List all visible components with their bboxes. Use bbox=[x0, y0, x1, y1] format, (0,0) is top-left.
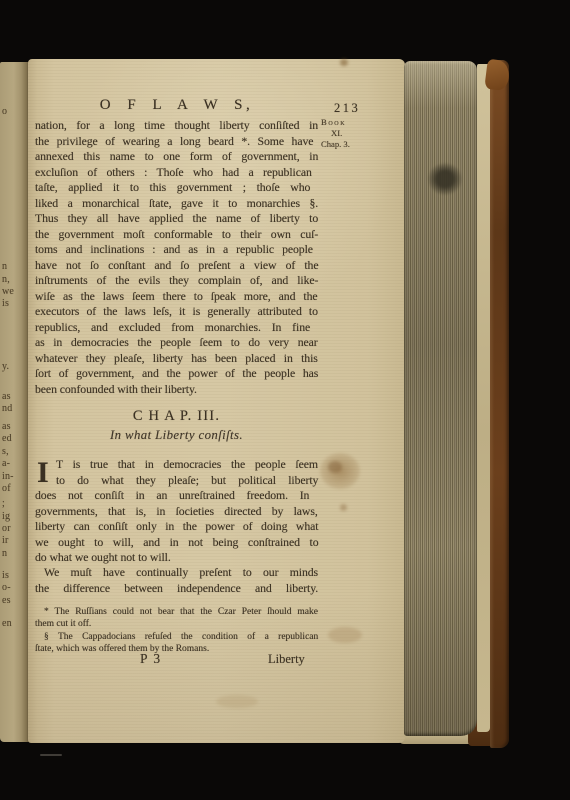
facing-page-text-fragment: a- bbox=[2, 459, 10, 469]
facing-page-sliver: onn,weisy.asndaseds,a-in-of;igorirniso-e… bbox=[0, 62, 30, 742]
margin-note: Book XI. Chap. 3. bbox=[321, 117, 371, 150]
facing-page-text-fragment: o- bbox=[2, 583, 11, 593]
facing-page-text-fragment: y. bbox=[2, 362, 9, 372]
facing-page-text-fragment: in- bbox=[2, 472, 14, 482]
margin-note-book: Book bbox=[321, 117, 371, 128]
footer-line: P 3 Liberty bbox=[35, 651, 318, 667]
facing-page-text-fragment: of bbox=[2, 484, 11, 494]
margin-note-chapter: Chap. 3. bbox=[321, 139, 371, 150]
page-stain bbox=[340, 59, 348, 66]
catchword: Liberty bbox=[268, 652, 305, 667]
photo-scratch bbox=[40, 754, 62, 756]
running-title: O F L A W S, bbox=[35, 97, 318, 114]
text-line: governments, that is, in ſocieties direc… bbox=[35, 504, 318, 520]
chapter-subtitle: In what Liberty conſiſts. bbox=[35, 428, 318, 443]
text-line: nation, for a long time thought liberty … bbox=[35, 118, 318, 134]
book-page: O F L A W S, 213 Book XI. Chap. 3. natio… bbox=[28, 59, 405, 743]
facing-page-text-fragment: en bbox=[2, 619, 12, 629]
text-line: been confounded with their liberty. bbox=[35, 382, 318, 398]
page-number: 213 bbox=[334, 101, 360, 116]
drop-cap: I bbox=[37, 459, 49, 486]
facing-page-text-fragment: n, bbox=[2, 275, 10, 285]
text-line: excluſion of others : Thoſe who had a re… bbox=[35, 165, 318, 181]
facing-page-text-fragment: nd bbox=[2, 404, 12, 414]
text-line: ſort of government, and the power of the… bbox=[35, 366, 318, 382]
chapter-heading: C H A P. III. bbox=[35, 408, 318, 425]
text-line: * The Ruſſians could not bear that the C… bbox=[44, 606, 318, 618]
facing-page-text-fragments: onn,weisy.asndaseds,a-in-of;igorirniso-e… bbox=[0, 62, 30, 742]
text-line: the difference between independence and … bbox=[35, 581, 318, 597]
paragraph: We muſt have continually preſent to our … bbox=[35, 565, 318, 596]
facing-page-text-fragment: or bbox=[2, 524, 11, 534]
text-line: does not conſiſt in an unreſtrained free… bbox=[35, 488, 318, 504]
text-line: wiſe as the laws ſeem there to ſpeak mor… bbox=[35, 289, 318, 305]
page-stain bbox=[216, 695, 258, 708]
text-line: Thus they all have applied the name of l… bbox=[35, 211, 318, 227]
text-line: liberty can conſiſt only in the power of… bbox=[35, 519, 318, 535]
footnotes: * The Ruſſians could not bear that the C… bbox=[35, 606, 318, 656]
facing-page-text-fragment: as bbox=[2, 422, 11, 432]
facing-page-text-fragment: is bbox=[2, 299, 9, 309]
text-line: toms and inclinations : and as in a repu… bbox=[35, 242, 318, 258]
text-line: whatever they pleaſe, liberty has been p… bbox=[35, 351, 318, 367]
text-line: annexed this name to one form of governm… bbox=[35, 149, 318, 165]
paragraph: I T is true that in democracies the peop… bbox=[35, 457, 318, 566]
facing-page-text-fragment: o bbox=[2, 107, 7, 117]
text-line: do what we ought not to will. bbox=[35, 550, 318, 566]
page-stain bbox=[328, 461, 342, 473]
text-line: as in democracies the people ſeem to do … bbox=[35, 335, 318, 351]
margin-note-volume: XI. bbox=[321, 128, 371, 139]
text-line: to do what they pleaſe; but political li… bbox=[56, 473, 318, 489]
facing-page-text-fragment: as bbox=[2, 392, 11, 402]
text-line: republics, and excluded from monarchies.… bbox=[35, 320, 318, 336]
facing-page-text-fragment: n bbox=[2, 262, 7, 272]
facing-page-text-fragment: s, bbox=[2, 447, 9, 457]
facing-page-text-fragment: ig bbox=[2, 512, 10, 522]
paragraph: nation, for a long time thought liberty … bbox=[35, 118, 318, 397]
facing-page-text-fragment: ; bbox=[2, 499, 5, 509]
photo-background: onn,weisy.asndaseds,a-in-of;igorirniso-e… bbox=[0, 0, 570, 800]
text-line: taſte, applied it to this government ; t… bbox=[35, 180, 318, 196]
text-line: We muſt have continually preſent to our … bbox=[44, 565, 318, 581]
text-line: have not ſo conſtant and ſo preſent a vi… bbox=[35, 258, 318, 274]
text-line: we ought to will, and in not being conſt… bbox=[35, 535, 318, 551]
book-endpaper-edge bbox=[477, 64, 490, 732]
text-line: liked a monarchical ſtate, gave it to mo… bbox=[35, 196, 318, 212]
text-line: inſtruments of the evils they complain o… bbox=[35, 273, 318, 289]
text-line: the government moſt conformable to their… bbox=[35, 227, 318, 243]
page-stain bbox=[328, 627, 362, 643]
page-stain bbox=[340, 504, 347, 511]
facing-page-text-fragment: n bbox=[2, 549, 7, 559]
text-line: the privilege of wearing a long beard *.… bbox=[35, 134, 318, 150]
book-fore-edge bbox=[404, 61, 477, 736]
text-line: them cut it off. bbox=[35, 618, 318, 630]
facing-page-text-fragment: ir bbox=[2, 536, 9, 546]
text-line: T is true that in democracies the people… bbox=[56, 457, 318, 473]
text-line: executors of the laws leſs, it is genera… bbox=[35, 304, 318, 320]
facing-page-text-fragment: ed bbox=[2, 434, 12, 444]
book-cover-leather bbox=[490, 60, 509, 748]
facing-page-text-fragment: we bbox=[2, 287, 14, 297]
facing-page-text-fragment: es bbox=[2, 596, 11, 606]
signature-mark: P 3 bbox=[140, 651, 162, 667]
facing-page-text-fragment: is bbox=[2, 571, 9, 581]
text-line: § The Cappadocians refuſed the condition… bbox=[44, 631, 318, 643]
ink-blot bbox=[428, 163, 462, 195]
